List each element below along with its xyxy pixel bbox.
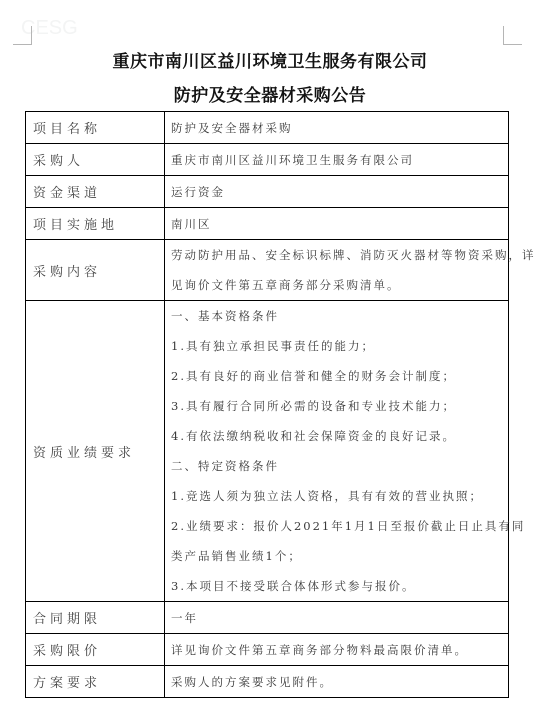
row-label: 方案要求 bbox=[26, 666, 165, 698]
row-label: 项目实施地 bbox=[26, 208, 165, 240]
table-row-purchaser: 采购人 重庆市南川区益川环境卫生服务有限公司 bbox=[26, 144, 509, 176]
qualification-heading: 二、特定资格条件 bbox=[171, 451, 502, 481]
qualification-item: 4.有依法缴纳税收和社会保障资金的良好记录。 bbox=[171, 421, 502, 451]
qualification-item: 2.具有良好的商业信誉和健全的财务会计制度； bbox=[171, 361, 502, 391]
qualification-item: 2.业绩要求：报价人2021年1月1日至报价截止日止具有同 bbox=[171, 511, 502, 541]
row-value: 南川区 bbox=[165, 208, 509, 240]
qualification-item: 3.具有履行合同所必需的设备和专业技术能力； bbox=[171, 391, 502, 421]
row-value: 采购人的方案要求见附件。 bbox=[165, 666, 509, 698]
row-label: 采购人 bbox=[26, 144, 165, 176]
content-line: 见询价文件第五章商务部分采购清单。 bbox=[171, 270, 502, 300]
row-label: 采购内容 bbox=[26, 240, 165, 301]
row-value: 运行资金 bbox=[165, 176, 509, 208]
document-title-company: 重庆市南川区益川环境卫生服务有限公司 bbox=[0, 47, 540, 72]
row-value: 防护及安全器材采购 bbox=[165, 112, 509, 144]
table-row-location: 项目实施地 南川区 bbox=[26, 208, 509, 240]
table-row-contract-term: 合同期限 一年 bbox=[26, 602, 509, 634]
table-row-price-limit: 采购限价 详见询价文件第五章商务部分物料最高限价清单。 bbox=[26, 634, 509, 666]
row-label: 项目名称 bbox=[26, 112, 165, 144]
table-row-project-name: 项目名称 防护及安全器材采购 bbox=[26, 112, 509, 144]
row-label: 采购限价 bbox=[26, 634, 165, 666]
table-row-content: 采购内容 劳动防护用品、安全标识标牌、消防灭火器材等物资采购，详 见询价文件第五… bbox=[26, 240, 509, 301]
qualification-item: 1.竞选人须为独立法人资格，具有有效的营业执照； bbox=[171, 481, 502, 511]
row-label: 资质业绩要求 bbox=[26, 301, 165, 602]
qualification-heading: 一、基本资格条件 bbox=[171, 301, 502, 331]
row-value: 劳动防护用品、安全标识标牌、消防灭火器材等物资采购，详 见询价文件第五章商务部分… bbox=[165, 240, 509, 301]
row-value: 重庆市南川区益川环境卫生服务有限公司 bbox=[165, 144, 509, 176]
content-line: 劳动防护用品、安全标识标牌、消防灭火器材等物资采购，详 bbox=[171, 240, 502, 270]
row-label: 资金渠道 bbox=[26, 176, 165, 208]
row-value: 一、基本资格条件 1.具有独立承担民事责任的能力； 2.具有良好的商业信誉和健全… bbox=[165, 301, 509, 602]
procurement-info-table: 项目名称 防护及安全器材采购 采购人 重庆市南川区益川环境卫生服务有限公司 资金… bbox=[25, 111, 509, 698]
table-row-plan-requirements: 方案要求 采购人的方案要求见附件。 bbox=[26, 666, 509, 698]
table-row-funding: 资金渠道 运行资金 bbox=[26, 176, 509, 208]
document-title-notice: 防护及安全器材采购公告 bbox=[0, 81, 540, 106]
row-label: 合同期限 bbox=[26, 602, 165, 634]
crop-mark-right bbox=[503, 26, 522, 45]
table-row-qualifications: 资质业绩要求 一、基本资格条件 1.具有独立承担民事责任的能力； 2.具有良好的… bbox=[26, 301, 509, 602]
qualification-item: 1.具有独立承担民事责任的能力； bbox=[171, 331, 502, 361]
qualification-item: 3.本项目不接受联合体体形式参与报价。 bbox=[171, 571, 502, 601]
row-value: 一年 bbox=[165, 602, 509, 634]
crop-mark-left bbox=[13, 26, 32, 45]
row-value: 详见询价文件第五章商务部分物料最高限价清单。 bbox=[165, 634, 509, 666]
qualification-item: 类产品销售业绩1个； bbox=[171, 541, 502, 571]
